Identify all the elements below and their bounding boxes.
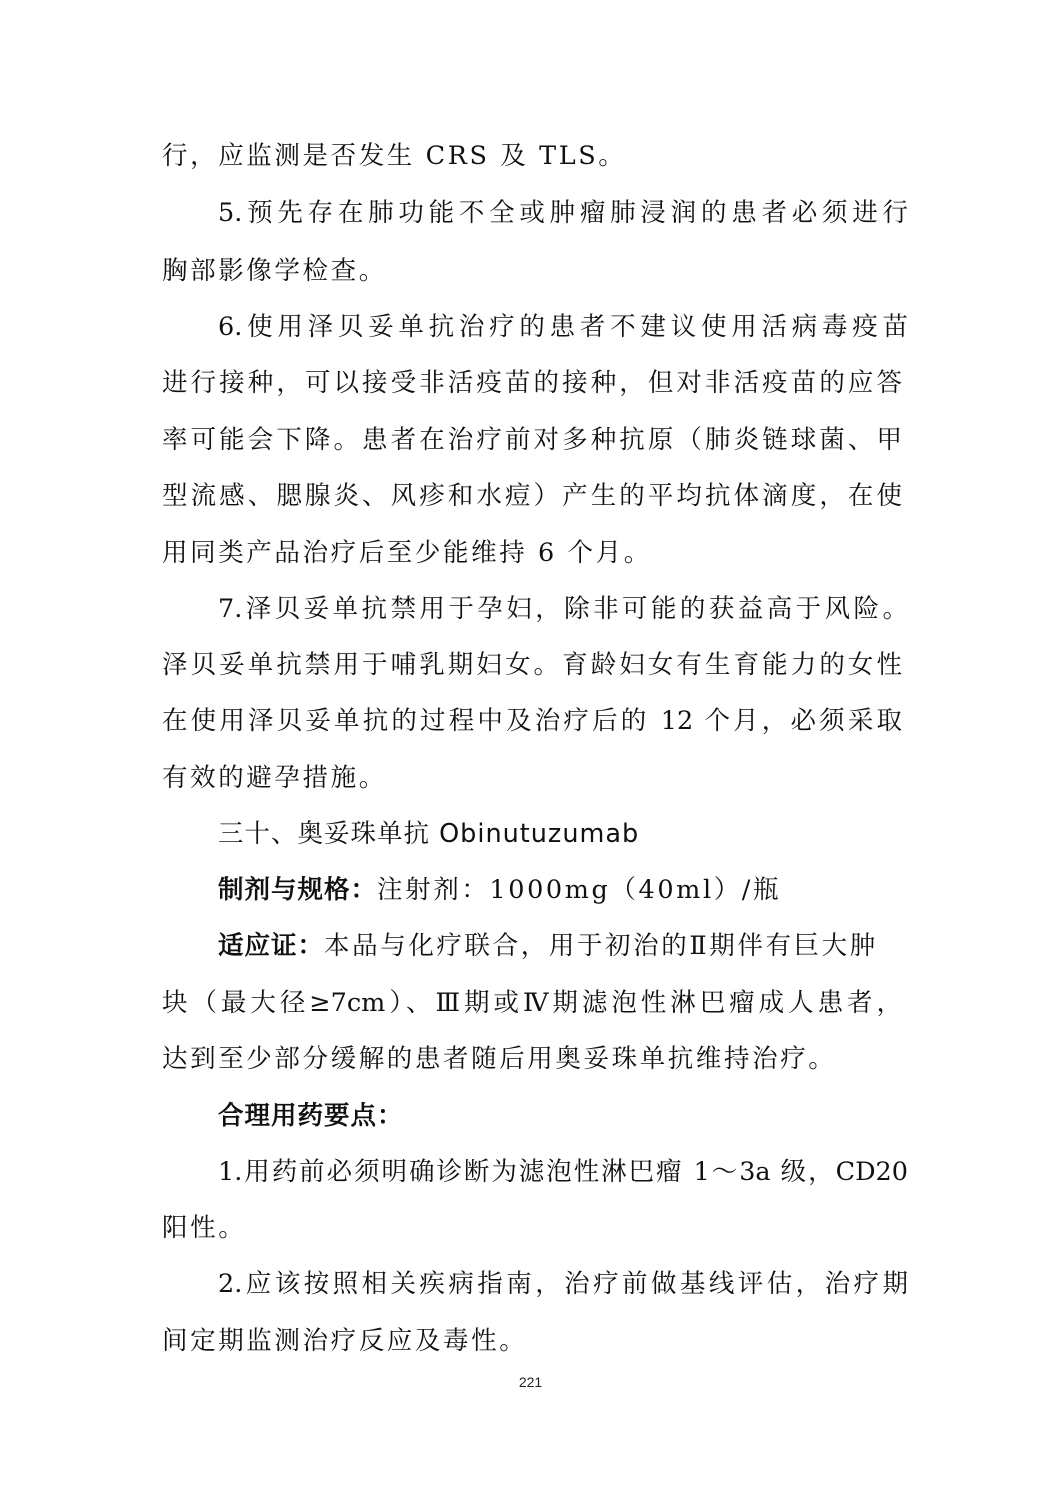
indication-text: 本品与化疗联合，用于初治的Ⅱ期伴有巨大肿: [324, 931, 878, 961]
key-point-line: 间定期监测治疗反应及毒性。: [162, 1325, 902, 1357]
formulation-label: 制剂与规格：: [218, 875, 377, 905]
paragraph-line: 率可能会下降。患者在治疗前对多种抗原（肺炎链球菌、甲: [162, 424, 902, 456]
paragraph-line: 块（最大径≥7cm）、Ⅲ期或Ⅳ期滤泡性淋巴瘤成人患者，: [162, 987, 902, 1019]
formulation-line: 制剂与规格：注射剂：1000mg（40ml）/瓶: [218, 874, 908, 906]
paragraph-line: 进行接种，可以接受非活疫苗的接种，但对非活疫苗的应答: [162, 367, 902, 399]
key-point-line: 阳性。: [162, 1212, 902, 1244]
key-point-line: 1.用药前必须明确诊断为滤泡性淋巴瘤 1～3a 级，CD20: [218, 1156, 908, 1188]
paragraph-line: 泽贝妥单抗禁用于哺乳期妇女。育龄妇女有生育能力的女性: [162, 649, 902, 681]
section-heading: 三十、奥妥珠单抗 Obinutuzumab: [218, 818, 908, 850]
key-point-line: 2.应该按照相关疾病指南，治疗前做基线评估，治疗期: [218, 1268, 908, 1300]
paragraph-line: 胸部影像学检查。: [162, 255, 902, 287]
page-number: 221: [0, 1374, 1061, 1390]
document-page: 行，应监测是否发生 CRS 及 TLS。 5.预先存在肺功能不全或肿瘤肺浸润的患…: [0, 0, 1061, 1500]
paragraph-line: 6.使用泽贝妥单抗治疗的患者不建议使用活病毒疫苗: [218, 311, 908, 343]
key-points-heading: 合理用药要点：: [218, 1100, 908, 1132]
indication-line: 适应证：本品与化疗联合，用于初治的Ⅱ期伴有巨大肿: [218, 930, 908, 962]
paragraph-line: 用同类产品治疗后至少能维持 6 个月。: [162, 537, 902, 569]
paragraph-line: 5.预先存在肺功能不全或肿瘤肺浸润的患者必须进行: [218, 197, 908, 229]
paragraph-line: 有效的避孕措施。: [162, 762, 902, 794]
paragraph-line: 达到至少部分缓解的患者随后用奥妥珠单抗维持治疗。: [162, 1043, 902, 1075]
formulation-value: 注射剂：1000mg（40ml）/瓶: [377, 875, 781, 905]
paragraph-line: 型流感、腮腺炎、风疹和水痘）产生的平均抗体滴度，在使: [162, 480, 902, 512]
paragraph-line: 行，应监测是否发生 CRS 及 TLS。: [162, 140, 902, 172]
indication-label: 适应证：: [218, 931, 324, 961]
paragraph-line: 7.泽贝妥单抗禁用于孕妇，除非可能的获益高于风险。: [218, 593, 908, 625]
paragraph-line: 在使用泽贝妥单抗的过程中及治疗后的 12 个月，必须采取: [162, 705, 902, 737]
